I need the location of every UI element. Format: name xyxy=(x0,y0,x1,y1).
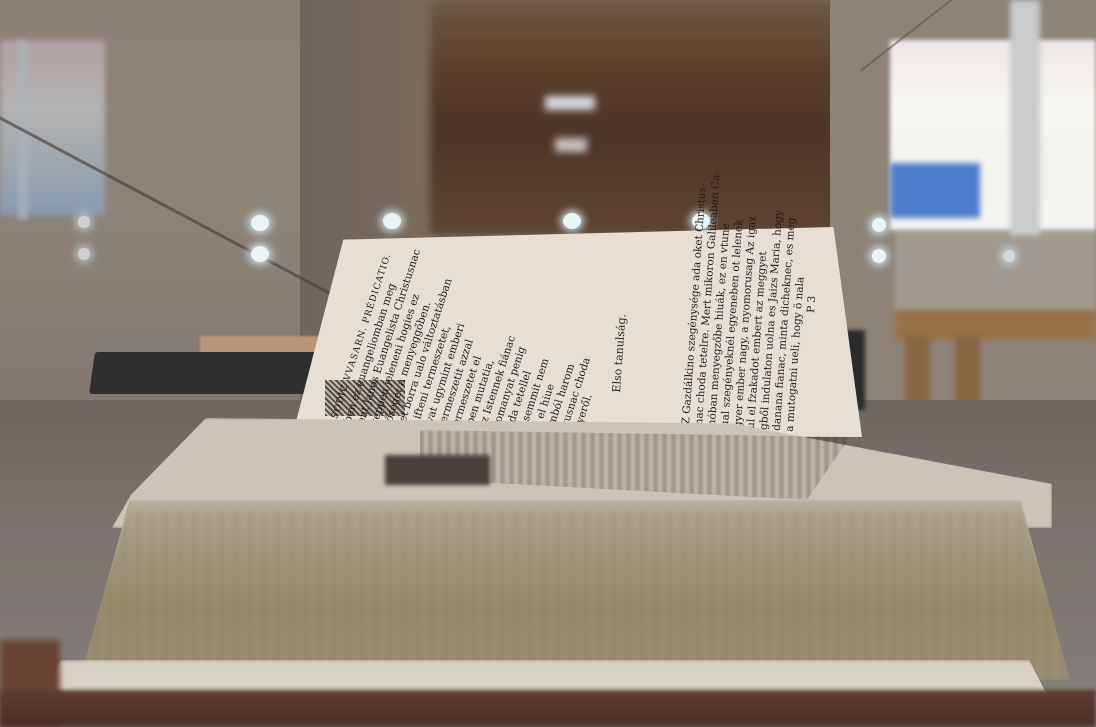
reflection-light-icon xyxy=(1003,250,1015,262)
bookshelf-background xyxy=(430,0,840,235)
shelf-reflection-light xyxy=(545,96,595,110)
book-cover xyxy=(0,690,1096,727)
page-edge-texture xyxy=(80,510,1070,680)
reflection-light-icon xyxy=(251,246,269,262)
reflection-light-icon xyxy=(78,248,90,260)
window-mullion xyxy=(1010,0,1040,235)
reflection-light-icon xyxy=(251,215,269,231)
reflection-light-icon xyxy=(563,213,581,229)
reflection-light-icon xyxy=(78,216,90,228)
reflection-light-icon xyxy=(383,213,401,229)
display-case-right xyxy=(895,230,1096,312)
shelf-reflection-light xyxy=(555,138,587,152)
woodcut-illustration-blurred xyxy=(385,455,490,485)
reflection-light-icon xyxy=(872,218,886,232)
reflection-light-icon xyxy=(872,249,886,263)
window-blue-panel xyxy=(890,163,980,218)
right-text-column: Z Gazdálkino szegénysége ada oket Christ… xyxy=(680,234,823,433)
background-dark-book xyxy=(89,352,325,394)
photo-scene: ASODIC VVASARN. PRÉDICATIO. Bben ez euan… xyxy=(0,0,1096,727)
